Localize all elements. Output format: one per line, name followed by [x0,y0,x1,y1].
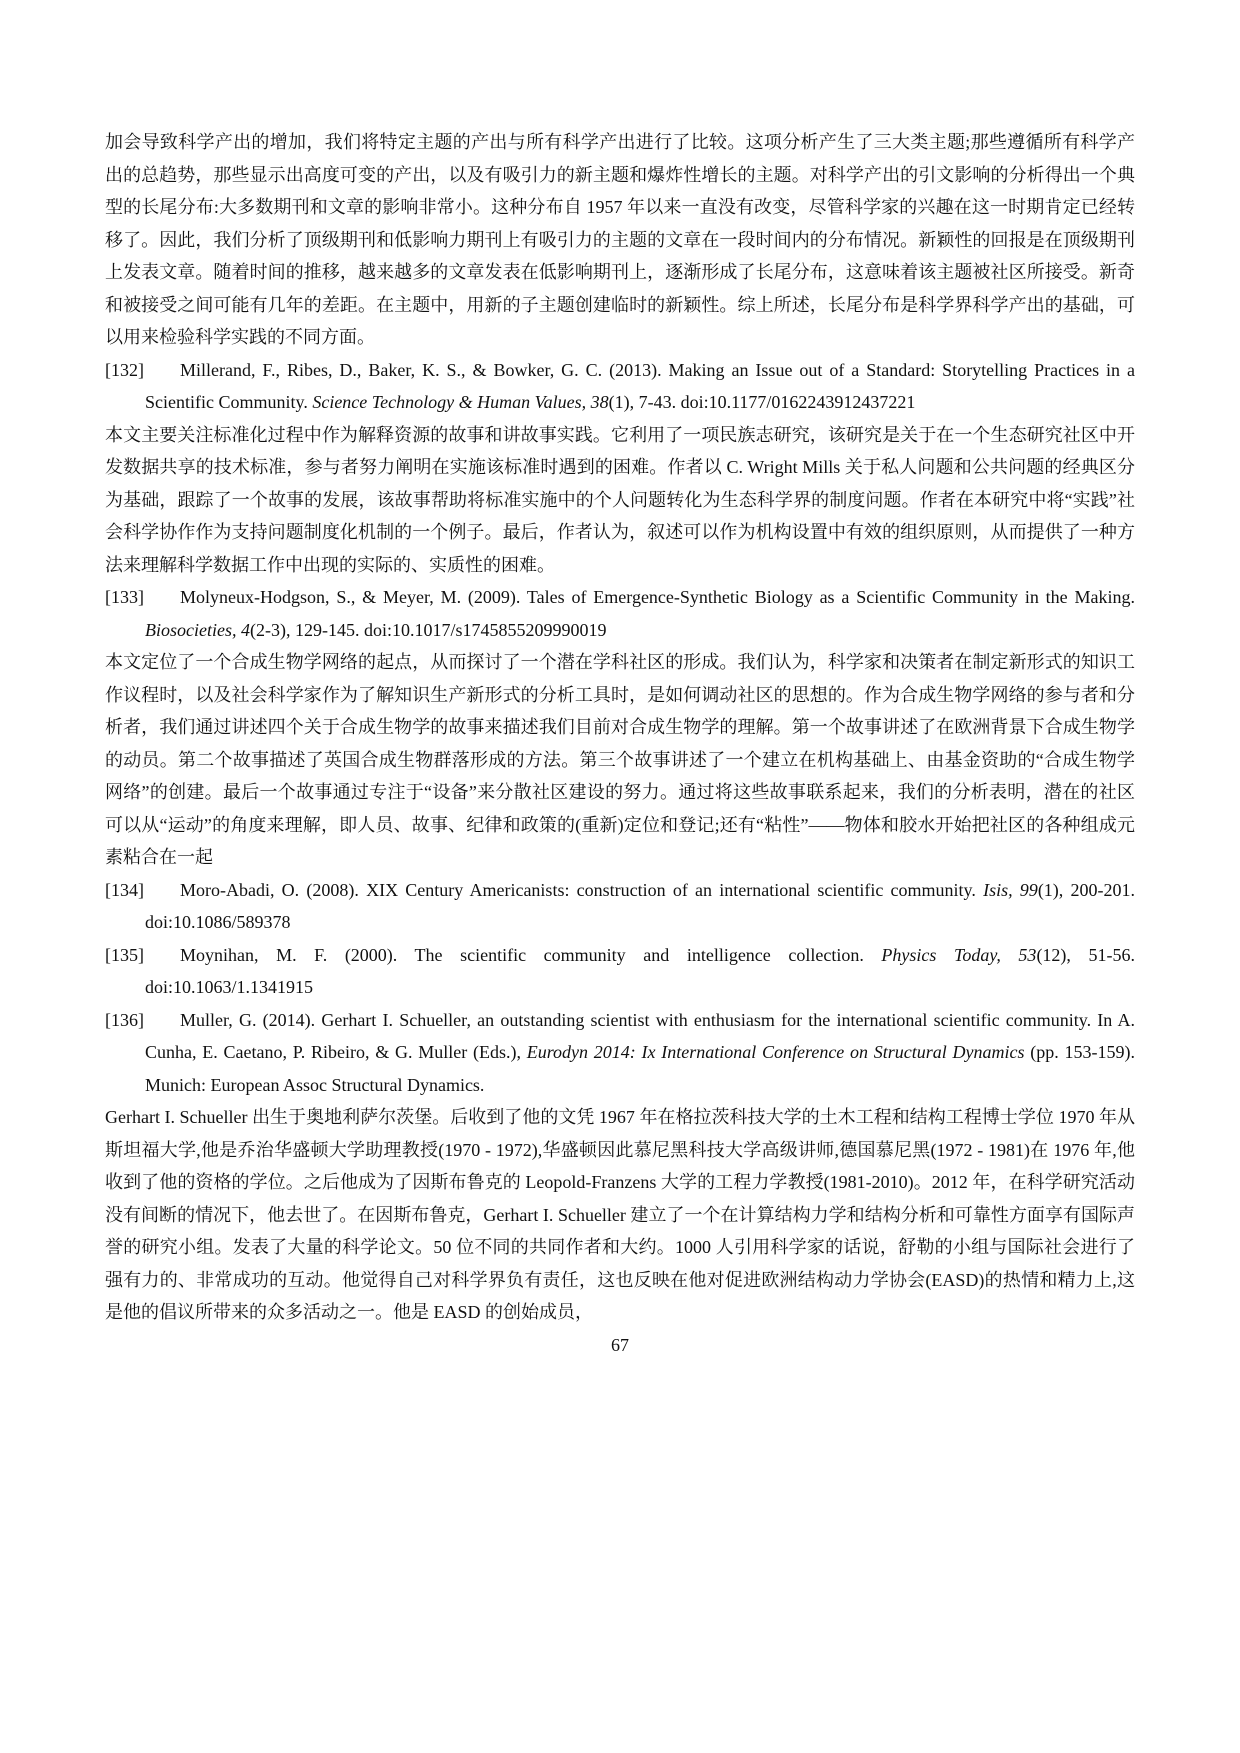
citation-journal: Science Technology & Human Values, 38 [312,392,608,412]
reference-citation: [133]Molyneux-Hodgson, S., & Meyer, M. (… [105,581,1135,646]
citation-journal: Eurodyn 2014: Ix International Conferenc… [527,1042,1025,1062]
reference-number: [136] [105,1004,144,1037]
page-number: 67 [105,1329,1135,1362]
reference-number: [134] [105,874,144,907]
continuation-paragraph: 加会导致科学产出的增加，我们将特定主题的产出与所有科学产出进行了比较。这项分析产… [105,126,1135,354]
reference-entry-136: [136]Muller, G. (2014). Gerhart I. Schue… [105,1004,1135,1329]
reference-citation: [132]Millerand, F., Ribes, D., Baker, K.… [105,354,1135,419]
reference-annotation: 本文定位了一个合成生物学网络的起点，从而探讨了一个潜在学科社区的形成。我们认为，… [105,646,1135,874]
citation-suffix: (1), 7-43. doi:10.1177/0162243912437221 [609,392,916,412]
reference-entry-134: [134]Moro-Abadi, O. (2008). XIX Century … [105,874,1135,939]
citation-text: Molyneux-Hodgson, S., & Meyer, M. (2009)… [180,587,1135,607]
citation-suffix: (2-3), 129-145. doi:10.1017/s17458552099… [250,620,606,640]
document-page: 加会导致科学产出的增加，我们将特定主题的产出与所有科学产出进行了比较。这项分析产… [0,0,1240,1361]
citation-journal: Isis, 99 [983,880,1038,900]
reference-entry-135: [135]Moynihan, M. F. (2000). The scienti… [105,939,1135,1004]
reference-entry-132: [132]Millerand, F., Ribes, D., Baker, K.… [105,354,1135,582]
reference-number: [133] [105,581,144,614]
reference-entry-133: [133]Molyneux-Hodgson, S., & Meyer, M. (… [105,581,1135,874]
reference-number: [132] [105,354,144,387]
citation-journal: Biosocieties, 4 [145,620,250,640]
reference-citation: [135]Moynihan, M. F. (2000). The scienti… [105,939,1135,1004]
reference-annotation: Gerhart I. Schueller 出生于奥地利萨尔茨堡。后收到了他的文凭… [105,1101,1135,1329]
citation-journal: Physics Today, 53 [881,945,1036,965]
reference-number: [135] [105,939,144,972]
reference-annotation: 本文主要关注标准化过程中作为解释资源的故事和讲故事实践。它利用了一项民族志研究，… [105,419,1135,582]
citation-text: Moro-Abadi, O. (2008). XIX Century Ameri… [180,880,983,900]
reference-citation: [134]Moro-Abadi, O. (2008). XIX Century … [105,874,1135,939]
citation-text: Moynihan, M. F. (2000). The scientific c… [180,945,881,965]
reference-citation: [136]Muller, G. (2014). Gerhart I. Schue… [105,1004,1135,1102]
